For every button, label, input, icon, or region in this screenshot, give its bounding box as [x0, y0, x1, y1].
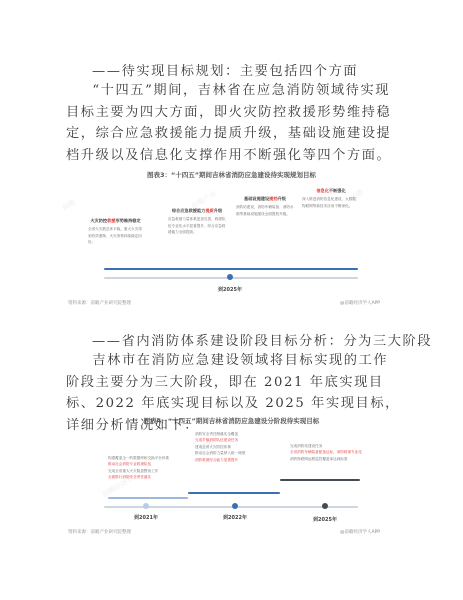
stage-bar-2022	[188, 492, 280, 494]
stage-bar-2025	[280, 479, 360, 481]
figure4-credit: @前瞻经济学人APP	[340, 529, 380, 535]
figure4-stage-1: 构建覆盖全一的数据库和交换平台体系 推动社会消防专业救援队伍 完成全省重大火灾隐…	[108, 455, 183, 481]
timeline-label-2021: 到2021年	[134, 514, 158, 521]
timeline-dot-2025	[322, 503, 328, 509]
stage-bar-2021	[108, 497, 188, 499]
figure4-stage-2: 消防安全责任制落实全覆盖 完成乡镇消防队伍建设任务 建成全省火灾防控体系 推动社…	[195, 431, 277, 463]
figure4-stage-3: 完成消防站建设任务 全省消防车辆装备配备达标，消防救援专业化 消防物联网远程监控…	[290, 443, 366, 462]
figure4-source: 资料来源：前瞻产业研究院整理	[68, 529, 131, 535]
timeline-label-2025: 到2025年	[313, 516, 337, 523]
timeline-dot-2021	[143, 503, 149, 509]
timeline-label-2022: 到2022年	[223, 514, 247, 521]
figure4: 构建覆盖全一的数据库和交换平台体系 推动社会消防专业救援队伍 完成全省重大火灾隐…	[0, 0, 463, 600]
timeline-dot-2022	[232, 503, 238, 509]
